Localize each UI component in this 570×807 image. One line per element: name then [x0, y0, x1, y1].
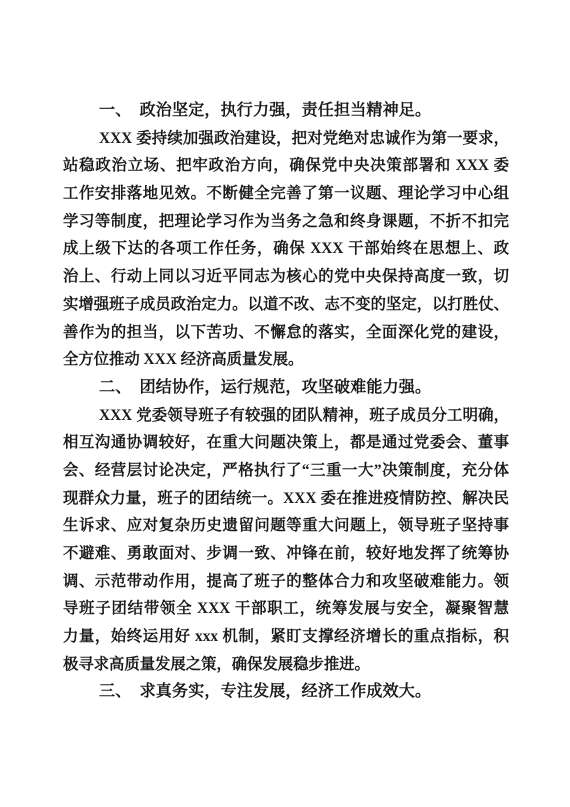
- text-line: XXX 委持续加强政治建设，把对党绝对忠诚作为第一要求，: [63, 125, 509, 153]
- section-heading: 一、 政治坚定，执行力强，责任担当精神足。: [63, 97, 509, 125]
- text-line: 站稳政治立场、把牢政治方向，确保党中央决策部署和 XXX 委: [63, 152, 509, 180]
- text-line: 成上级下达的各项工作任务，确保 XXX 干部始终在思想上、政: [63, 235, 509, 263]
- text-line: 全方位推动 XXX 经济高质量发展。: [63, 346, 509, 374]
- text-line: 生诉求、应对复杂历史遗留问题等重大问题上，领导班子坚持事: [63, 512, 509, 540]
- text-line: 实增强班子成员政治定力。以道不改、志不变的坚定，以打胜仗、: [63, 291, 509, 319]
- section-heading: 二、 团结协作，运行规范，攻坚破难能力强。: [63, 374, 509, 402]
- text-line: 调、示范带动作用，提高了班子的整体合力和攻坚破难能力。领: [63, 568, 509, 596]
- text-line: 会、经营层讨论决定，严格执行了“三重一大”决策制度，充分体: [63, 457, 509, 485]
- section-heading: 三、 求真务实，专注发展，经济工作成效大。: [63, 678, 509, 706]
- document-page: 一、 政治坚定，执行力强，责任担当精神足。 XXX 委持续加强政治建设，把对党绝…: [0, 0, 570, 807]
- text-line: 相互沟通协调较好，在重大问题决策上，都是通过党委会、董事: [63, 429, 509, 457]
- text-line: 学习等制度，把理论学习作为当务之急和终身课题，不折不扣完: [63, 208, 509, 236]
- text-line: 现群众力量，班子的团结统一。XXX 委在推进疫情防控、解决民: [63, 485, 509, 513]
- text-line: 治上、行动上同以习近平同志为核心的党中央保持高度一致，切: [63, 263, 509, 291]
- text-line: 导班子团结带领全 XXX 干部职工，统筹发展与安全，凝聚智慧: [63, 595, 509, 623]
- text-block: 一、 政治坚定，执行力强，责任担当精神足。 XXX 委持续加强政治建设，把对党绝…: [63, 97, 509, 706]
- text-line: XXX 党委领导班子有较强的团队精神，班子成员分工明确，: [63, 402, 509, 430]
- text-line: 力量，始终运用好 xxx 机制，紧盯支撑经济增长的重点指标，积: [63, 623, 509, 651]
- text-line: 工作安排落地见效。不断健全完善了第一议题、理论学习中心组: [63, 180, 509, 208]
- text-line: 不避难、勇敢面对、步调一致、冲锋在前，较好地发挥了统筹协: [63, 540, 509, 568]
- text-line: 善作为的担当，以下苦功、不懈怠的落实，全面深化党的建设，: [63, 319, 509, 347]
- text-line: 极寻求高质量发展之策，确保发展稳步推进。: [63, 651, 509, 679]
